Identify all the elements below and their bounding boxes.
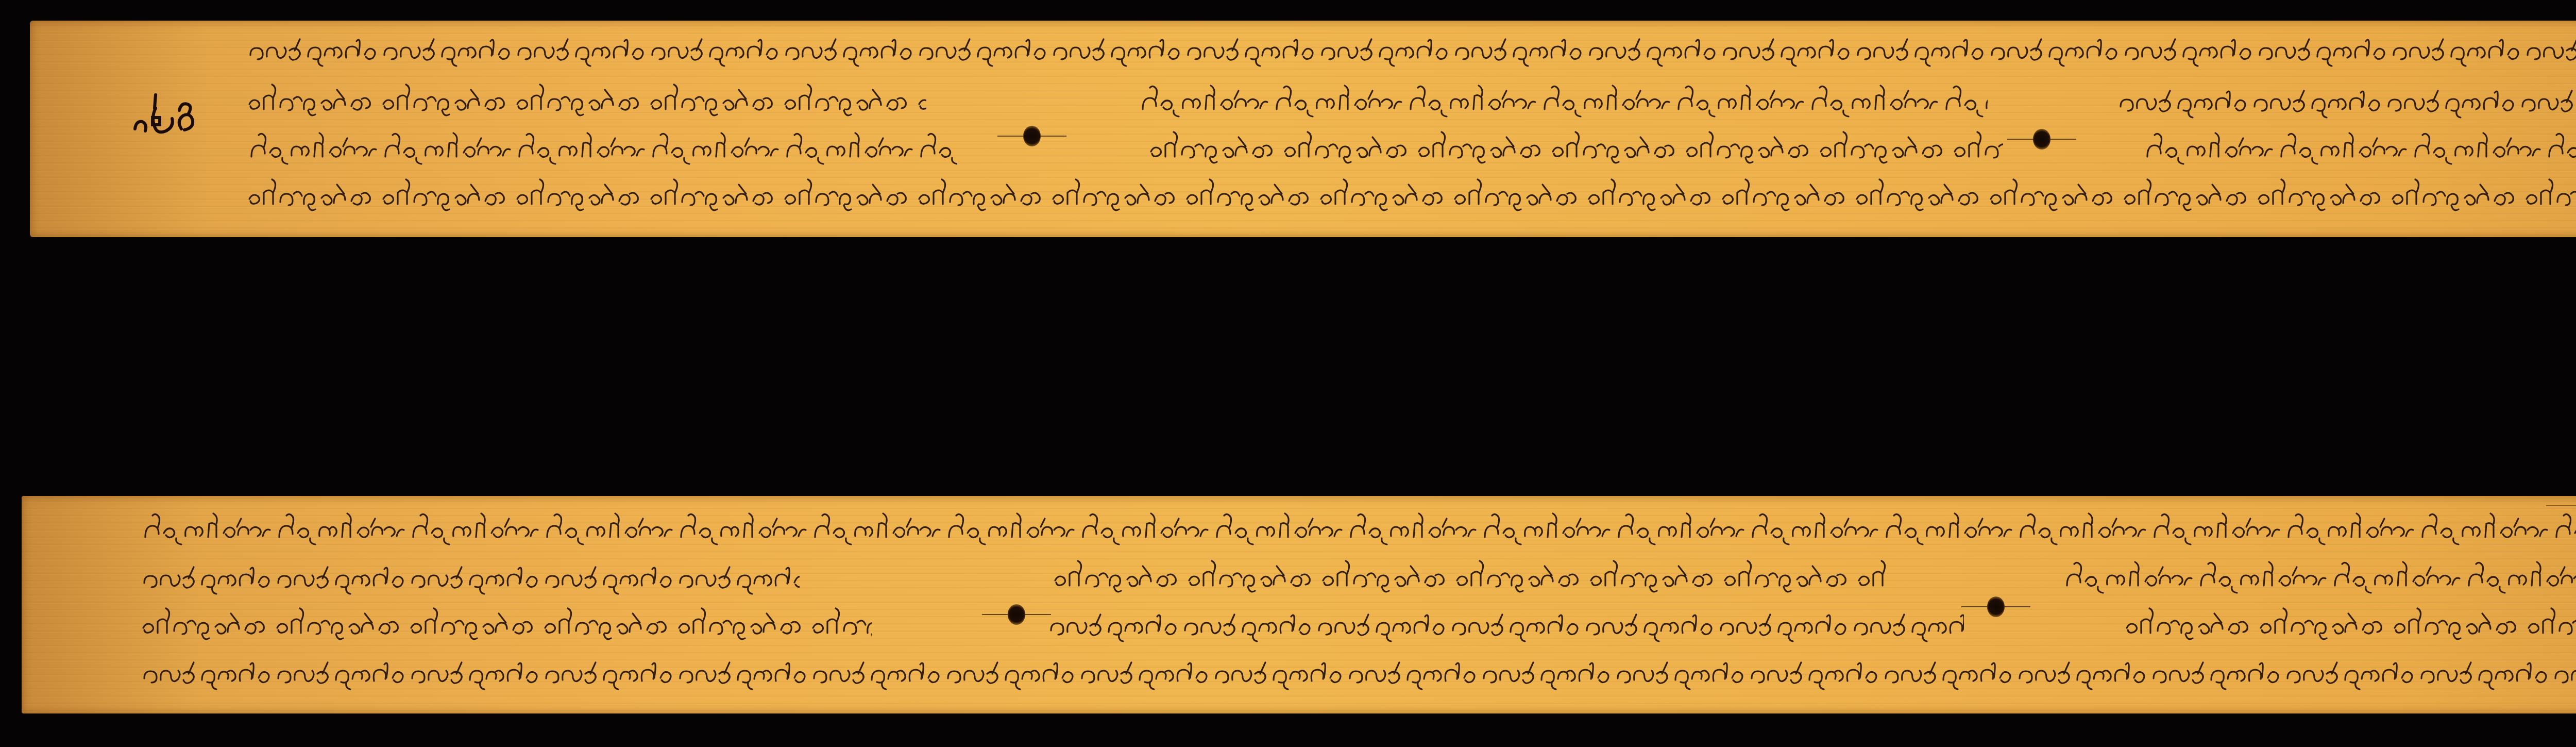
handwritten-script	[2062, 560, 2576, 596]
handwritten-script	[1047, 607, 1964, 643]
text-line-4: ထိုကြောင့် ဖြစ်ကြောင်း ... ပယ်ခြင်းဟူသော…	[246, 176, 2576, 217]
handwritten-script	[140, 655, 2576, 691]
text-line-3-segment-1: ဂိုဏ်းပြည့်ပြီး သုဒ္ဓ ... ဗြဟ္မာကြီး ...…	[140, 605, 872, 645]
leaf-number-marker: ရဇ္ဇ ဒိ	[128, 93, 200, 155]
text-line-2-segment-2	[1052, 558, 1887, 598]
handwritten-script	[2124, 607, 2576, 643]
handwritten-script	[246, 178, 2576, 214]
handwritten-script	[2142, 131, 2576, 167]
palm-leaf-bottom: ဟော်ဘွဲ့ နှိုင်း ဒုပ္ပဝိသည် ... သစ္စာ ..…	[22, 496, 2576, 713]
handwritten-script	[1138, 84, 1988, 120]
handwritten-script	[1148, 131, 2003, 167]
text-line-2-segment-1: ပုတ္တကေရှကောဘ် ... ကြောင်း ... ကျွန်ုပ်တ…	[140, 558, 800, 598]
leaf-number-text: ရဇ္ဇ ဒိ	[200, 93, 200, 93]
handwritten-script	[140, 560, 800, 596]
leaf-number-glyph-icon	[128, 93, 200, 155]
leaf-scratch	[2546, 505, 2576, 506]
binding-hole-left	[1023, 126, 1041, 146]
palm-leaf-top: ရဇ္ဇ ဒိ ရှင်ပြင်ဘွဲ့ လည်း ပြင်ဆင် ပူဇော်…	[30, 21, 2576, 237]
text-line-3-segment-3	[2142, 129, 2576, 169]
text-line-2-segment-2	[1138, 81, 1988, 122]
text-line-3-segment-2	[1047, 605, 1964, 645]
text-line-3-segment-3	[2124, 605, 2576, 645]
handwritten-script	[1052, 560, 1887, 596]
binding-hole-left	[1008, 604, 1025, 625]
handwritten-script	[140, 607, 872, 643]
text-line-3-segment-2	[1148, 129, 2003, 169]
text-line-2-segment-3	[2116, 81, 2576, 122]
handwritten-script	[246, 84, 926, 120]
handwritten-script	[246, 131, 957, 167]
text-line-4: ဖြစ်ကြောင်းတော် ... ပုဂ္ဂိုလ် ... သမ္ဗုဒ…	[140, 653, 2576, 693]
binding-hole-right	[1987, 596, 2005, 617]
handwritten-script	[140, 511, 2576, 547]
text-line-2-segment-3	[2062, 558, 2576, 598]
text-line-1: ရှင်ပြင်ဘွဲ့ လည်း ပြင်ဆင် ပူဇော်ခြင်း ဖြ…	[246, 30, 2576, 70]
handwritten-script	[2116, 84, 2576, 120]
text-line-1: ဟော်ဘွဲ့ နှိုင်း ဒုပ္ပဝိသည် ... သစ္စာ ..…	[140, 509, 2576, 550]
handwritten-script	[246, 32, 2576, 68]
binding-hole-right	[2033, 129, 2050, 150]
text-line-3-segment-1: ဝိပ္ပါ ကြေကွာထော် ... ငါကြိုး နာဂတ်ကြ ..…	[246, 129, 957, 169]
text-line-2-segment-1: မှန်စွာ ထိုကြောင့် ဆိုဦးတွေ့ အဓိပ္ပါယ် .…	[246, 81, 926, 122]
